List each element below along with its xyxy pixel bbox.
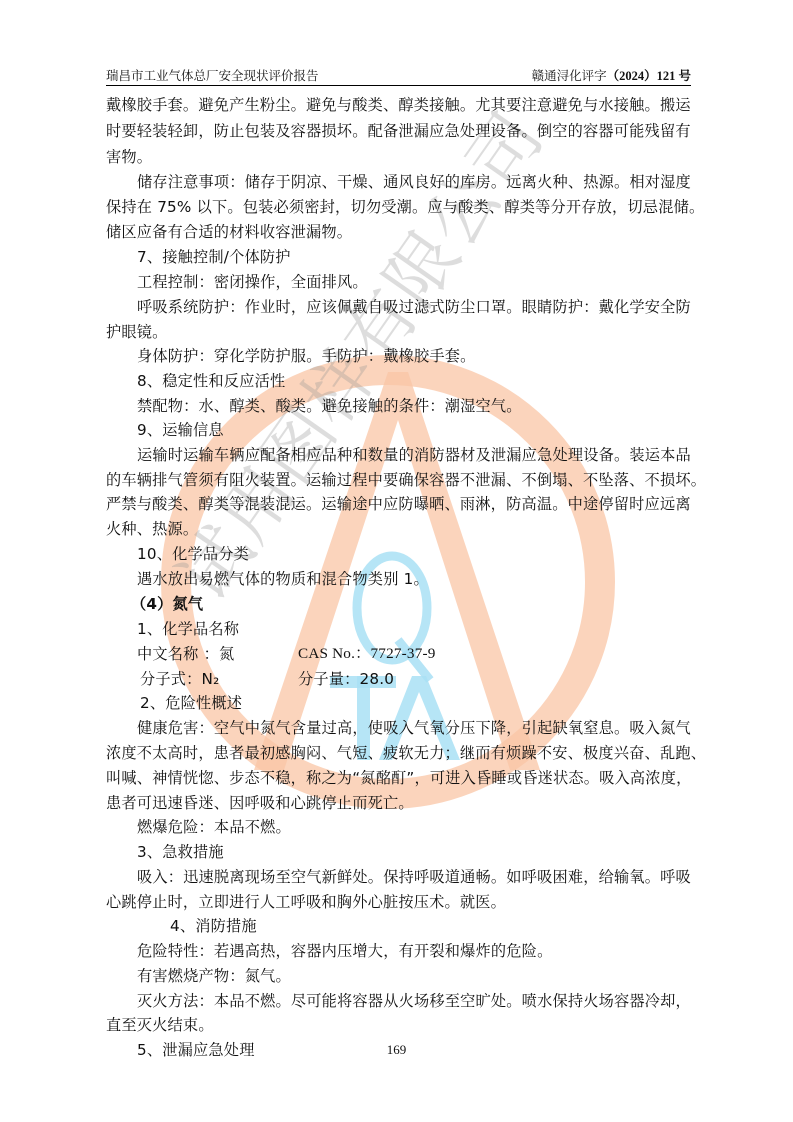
- subsection-heading-nitrogen: （4）氮气: [131, 594, 203, 614]
- document-number: 赣通浔化评字（2024）121 号: [532, 68, 691, 84]
- combustion-products: 有害燃烧产物：氮气。: [137, 966, 291, 986]
- page-number: 169: [0, 1042, 793, 1058]
- incompatible-materials: 禁配物：水、醇类、酸类。避免接触的条件：潮湿空气。: [137, 396, 522, 416]
- fire-explosion-hazard: 燃爆危险：本品不燃。: [137, 817, 291, 837]
- storage-notes: 储存注意事项：储存于阴凉、干燥、通风良好的库房。远离火种、热源。相对湿度: [137, 172, 691, 192]
- section-heading-3: 3、急救措施: [137, 842, 224, 862]
- section-heading-1: 1、化学品名称: [137, 619, 239, 639]
- paragraph-line: 严禁与酸类、醇类等混装混运。运输途中应防曝晒、雨淋，防高温。中途停留时应远离: [106, 494, 691, 514]
- report-title: 瑞昌市工业气体总厂安全现状评价报告: [106, 68, 319, 84]
- page-content: 瑞昌市工业气体总厂安全现状评价报告 赣通浔化评字（2024）121 号 戴橡胶手…: [0, 0, 793, 1122]
- paragraph-line: 浓度不太高时，患者最初感胸闷、气短、疲软无力；继而有烦躁不安、极度兴奋、乱跑、: [106, 743, 706, 763]
- paragraph-line: 护眼镜。: [106, 322, 168, 342]
- section-heading-9: 9、运输信息: [137, 420, 224, 440]
- paragraph-line: 戴橡胶手套。避免产生粉尘。避免与酸类、醇类接触。尤其要注意避免与水接触。搬运: [106, 95, 691, 115]
- chinese-name: 中文名称 ：氮: [137, 644, 234, 664]
- document-page: 试用图样有限公司 瑞昌市工业气体总厂安全现状评价报告 赣通浔化评字（2024）1…: [0, 0, 793, 1122]
- molecular-formula: 分子式：N₂: [140, 669, 219, 689]
- section-heading-8: 8、稳定性和反应活性: [137, 371, 285, 391]
- paragraph-line: 直至灭火结束。: [106, 1015, 214, 1035]
- section-heading-10: 10、化学品分类: [137, 544, 249, 564]
- paragraph-line: 储区应备有合适的材料收容泄漏物。: [106, 222, 352, 242]
- paragraph-line: 害物。: [106, 147, 152, 167]
- section-heading-2: 2、危险性概述: [140, 693, 242, 713]
- paragraph-line: 叫喊、神情恍惚、步态不稳，称之为“氮酩酊”，可进入昏睡或昏迷状态。吸入高浓度，: [106, 768, 691, 788]
- transport-info: 运输时运输车辆应配备相应品种和数量的消防器材及泄漏应急处理设备。装运本品: [137, 445, 691, 465]
- chemical-classification: 遇水放出易燃气体的物质和混合物类别 1。: [137, 569, 429, 589]
- section-heading-7: 7、接触控制/个体防护: [137, 247, 291, 267]
- paragraph-line: 时要轻装轻卸，防止包装及容器损坏。配备泄漏应急处理设备。倒空的容器可能残留有: [106, 121, 691, 141]
- first-aid-inhalation: 吸入：迅速脱离现场至空气新鲜处。保持呼吸道通畅。如呼吸困难，给输氧。呼吸: [137, 867, 691, 887]
- body-protection: 身体防护：穿化学防护服。手防护：戴橡胶手套。: [137, 346, 476, 366]
- paragraph-line: 保持在 75% 以下。包装必须密封，切勿受潮。应与酸类、醇类等分开存放，切忌混储…: [106, 197, 704, 217]
- document-number-prefix: 赣通浔化评字: [532, 68, 607, 83]
- running-header: 瑞昌市工业气体总厂安全现状评价报告 赣通浔化评字（2024）121 号: [106, 68, 691, 86]
- cas-number: CAS No.：7727-37-9: [298, 644, 436, 664]
- section-heading-4: 4、消防措施: [170, 916, 257, 936]
- molecular-weight: 分子量：28.0: [298, 669, 394, 689]
- document-number-value: （2024）121 号: [607, 69, 691, 83]
- engineering-control: 工程控制：密闭操作，全面排风。: [137, 272, 368, 292]
- paragraph-line: 火种、热源。: [106, 519, 198, 539]
- paragraph-line: 心跳停止时，立即进行人工呼吸和胸外心脏按压术。就医。: [106, 892, 506, 912]
- extinguishing-method: 灭火方法：本品不燃。尽可能将容器从火场移至空旷处。喷水保持火场容器冷却，: [137, 991, 691, 1011]
- health-hazard: 健康危害：空气中氮气含量过高，使吸入气氧分压下降，引起缺氧窒息。吸入氮气: [137, 718, 691, 738]
- paragraph-line: 患者可迅速昏迷、因呼吸和心跳停止而死亡。: [106, 793, 414, 813]
- respiratory-protection: 呼吸系统防护：作业时，应该佩戴自吸过滤式防尘口罩。眼睛防护：戴化学安全防: [137, 297, 691, 317]
- hazard-characteristics: 危险特性：若遇高热，容器内压增大，有开裂和爆炸的危险。: [137, 941, 552, 961]
- paragraph-line: 的车辆排气管须有阻火装置。运输过程中要确保容器不泄漏、不倒塌、不坠落、不损坏。: [106, 470, 706, 490]
